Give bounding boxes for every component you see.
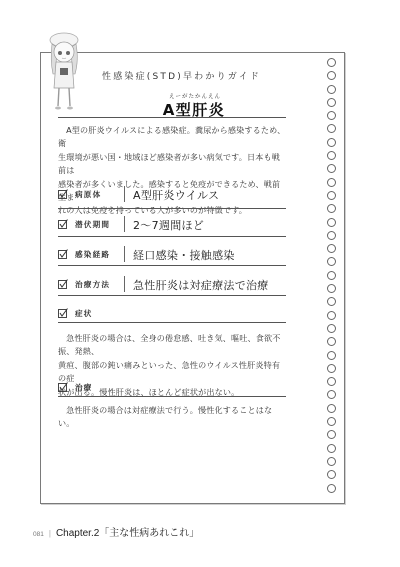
row-rule: [58, 265, 286, 266]
section-label: 症状: [75, 308, 92, 319]
binder-ring-icon: [327, 377, 336, 386]
footer-divider: |: [49, 529, 51, 538]
binder-ring-icon: [327, 257, 336, 266]
binder-ring-icon: [327, 178, 336, 187]
info-row-pathogen: 病原体 A型肝炎ウイルス: [58, 188, 286, 204]
row-label: 感染経路: [75, 249, 110, 260]
chapter-title: Chapter.2「主な性病あれこれ」: [56, 528, 199, 539]
page-footer: 081|Chapter.2「主な性病あれこれ」: [33, 524, 199, 539]
row-label: 病原体: [75, 189, 101, 200]
binder-ring-icon: [327, 351, 336, 360]
row-label: 治療方法: [75, 279, 110, 290]
binder-ring-icon: [327, 364, 336, 373]
binder-ring-icon: [327, 191, 336, 200]
row-value: 経口感染・接触感染: [133, 247, 235, 263]
binder-ring-icon: [327, 390, 336, 399]
info-row-transmission: 感染経路 経口感染・接触感染: [58, 248, 286, 264]
binder-ring-icon: [327, 417, 336, 426]
checkbox-checked-icon: [58, 308, 68, 318]
treatment-line: 急性肝炎の場合は対症療法で行う。慢性化することはない。: [58, 404, 288, 431]
row-value: A型肝炎ウイルス: [133, 187, 219, 203]
symptoms-line: 急性肝炎の場合は、全身の倦怠感、吐き気、嘔吐、食欲不振、発熱、: [58, 332, 288, 359]
binder-ring-icon: [327, 337, 336, 346]
binder-ring-icon: [327, 151, 336, 160]
row-value: 2〜7週間ほど: [133, 217, 204, 233]
binder-ring-icon: [327, 124, 336, 133]
row-value: 急性肝炎は対症療法で治療: [133, 277, 269, 293]
binder-ring-icon: [327, 457, 336, 466]
binder-ring-icon: [327, 271, 336, 280]
binder-ring-icon: [327, 297, 336, 306]
section-treatment-header: 治療: [58, 381, 286, 397]
binder-ring-icon: [327, 218, 336, 227]
section-rule: [58, 396, 286, 397]
binder-ring-icon: [327, 311, 336, 320]
binder-ring-icon: [327, 231, 336, 240]
title-rule: [58, 117, 286, 118]
checkbox-checked-icon: [58, 189, 68, 199]
intro-line: れの人は免疫を持っている人が多いのが特徴です。: [58, 204, 288, 217]
row-rule: [58, 208, 286, 209]
checkbox-checked-icon: [58, 219, 68, 229]
info-row-treatment-method: 治療方法 急性肝炎は対症療法で治療: [58, 278, 286, 294]
treatment-paragraph: 急性肝炎の場合は対症療法で行う。慢性化することはない。: [58, 404, 288, 431]
row-divider: [124, 186, 125, 202]
binder-ring-icon: [327, 444, 336, 453]
row-divider: [124, 276, 125, 292]
binder-ring-icon: [327, 404, 336, 413]
checkbox-checked-icon: [58, 382, 68, 392]
page-number: 081: [33, 531, 44, 538]
info-row-incubation: 潜伏期間 2〜7週間ほど: [58, 218, 286, 234]
binder-ring-icon: [327, 58, 336, 67]
binder-ring-icon: [327, 204, 336, 213]
row-rule: [58, 236, 286, 237]
row-rule: [58, 295, 286, 296]
section-label: 治療: [75, 382, 92, 393]
binder-ring-icon: [327, 470, 336, 479]
row-divider: [124, 246, 125, 262]
binder-ring-icon: [327, 85, 336, 94]
section-rule: [58, 322, 286, 323]
series-label: 性感染症(STD)早わかりガイド: [102, 69, 261, 82]
binder-ring-icon: [327, 484, 336, 493]
row-divider: [124, 216, 125, 232]
nurse-mascot-illustration: [46, 30, 82, 112]
binder-ring-icon: [327, 164, 336, 173]
binder-ring-icon: [327, 138, 336, 147]
intro-line: A型の肝炎ウイルスによる感染症。糞尿から感染するため、衛: [58, 124, 288, 151]
binder-ring-icon: [327, 324, 336, 333]
binder-ring-icon: [327, 430, 336, 439]
binder-ring-icon: [327, 284, 336, 293]
binder-rings: [327, 58, 339, 497]
checkbox-checked-icon: [58, 249, 68, 259]
binder-ring-icon: [327, 111, 336, 120]
binder-ring-icon: [327, 244, 336, 253]
row-label: 潜伏期間: [75, 219, 110, 230]
binder-ring-icon: [327, 71, 336, 80]
checkbox-checked-icon: [58, 279, 68, 289]
binder-ring-icon: [327, 98, 336, 107]
section-symptoms-header: 症状: [58, 307, 286, 323]
intro-line: 生環境が悪い国・地域ほど感染者が多い病気です。日本も戦前は: [58, 151, 288, 178]
